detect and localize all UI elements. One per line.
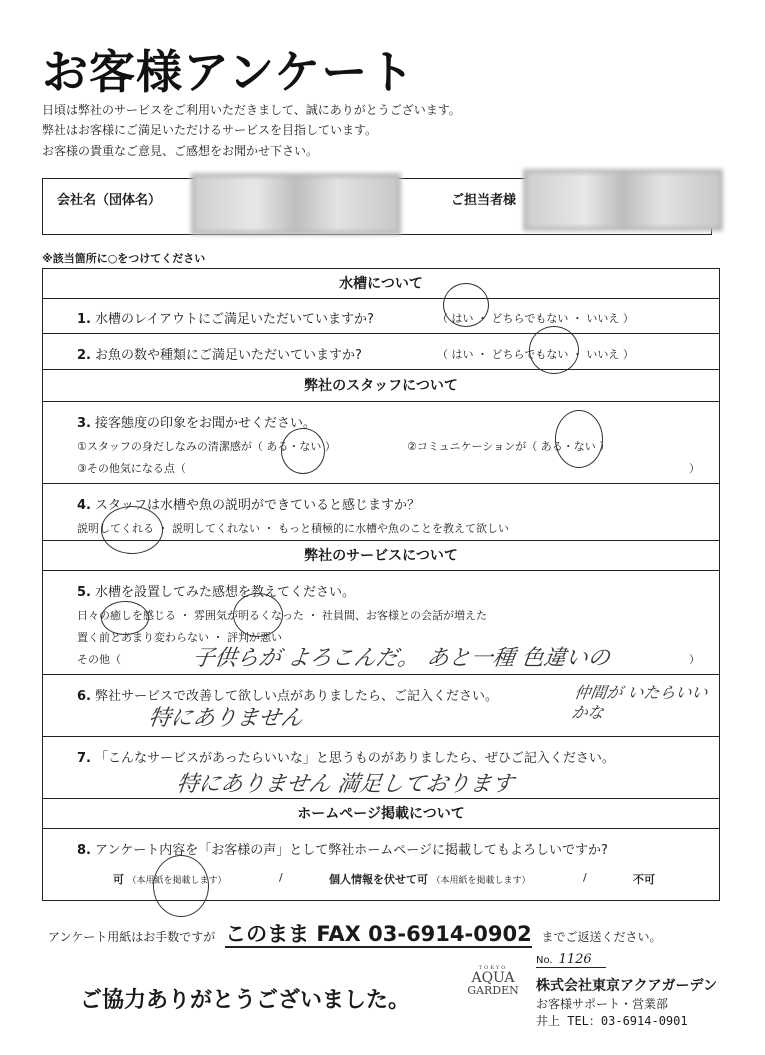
q3-sub-other[interactable]: ③その他気になる点（: [77, 460, 186, 476]
question-1: 1.水槽のレイアウトにご満足いただいていますか? （ はい ・ どちらでもない …: [43, 299, 719, 334]
company-contact: 井上 TEL：03-6914-0901: [536, 1012, 717, 1029]
company-name: 株式会社東京アクアガーデン: [536, 975, 717, 995]
q8-separator-2: /: [583, 871, 587, 884]
q8-selected-circle: [153, 855, 209, 917]
fax-prefix: アンケート用紙はお手数ですが: [48, 930, 215, 944]
q3-sub1-selected-circle: [281, 428, 325, 474]
company-name-field-redacted: [191, 173, 401, 235]
question-8: 8.アンケート内容を「お客様の声」として弊社ホームページに掲載してもよろしいです…: [43, 829, 719, 902]
question-5: 5.水槽を設置してみた感想を教えてください。 日々の癒しを感じる ・ 雰囲気が明…: [43, 571, 719, 675]
survey-form: 水槽について 1.水槽のレイアウトにご満足いただいていますか? （ はい ・ ど…: [42, 268, 720, 901]
company-department: お客様サポート・営業部: [536, 995, 717, 1012]
q8-separator-1: /: [279, 871, 283, 884]
q8-option-anonymous-note: （本用紙を掲載します）: [432, 876, 531, 886]
page-title: お客様アンケート: [42, 36, 415, 102]
section-header-homepage: ホームページ掲載について: [43, 799, 719, 829]
q7-number: 7.: [77, 751, 91, 766]
q8-option-deny[interactable]: 不可: [633, 871, 655, 887]
q2-number: 2.: [77, 348, 91, 363]
q3-sub-other-close: ）: [689, 460, 700, 476]
instruction-note: ※該当箇所に○をつけてください: [42, 250, 205, 266]
q5-handwritten-answer[interactable]: 子供らが よろこんだ。 あと一種 色違いの: [191, 641, 612, 672]
q4-number: 4.: [77, 498, 91, 513]
q7-handwritten-answer[interactable]: 特にありません 満足しております: [175, 767, 516, 798]
logo-garden: GARDEN: [462, 985, 524, 997]
section-header-service: 弊社のサービスについて: [43, 541, 719, 571]
q5-other-label: その他（: [77, 651, 121, 667]
q5-other-close: ）: [689, 651, 700, 667]
q3-sub2-selected-circle: [555, 410, 603, 468]
q7-text: 「こんなサービスがあったらいいな」と思うものがありましたら、ぜひご記入ください。: [95, 751, 615, 766]
logo-aqua: AQUA: [462, 971, 524, 985]
question-2: 2.お魚の数や種類にご満足いただいていますか? （ はい ・ どちらでもない ・…: [43, 334, 719, 370]
fax-suffix: までご返送ください。: [542, 930, 662, 944]
fax-number: このまま FAX 03-6914-0902: [225, 922, 532, 948]
q8-option-anonymous[interactable]: 個人情報を伏せて可 （本用紙を掲載します）: [329, 871, 531, 887]
question-6: 6.弊社サービスで改善して欲しい点がありましたら、ご記入ください。 特にありませ…: [43, 675, 719, 737]
contact-name-field-redacted: [523, 169, 723, 231]
q5-selected-circle-2: [233, 593, 283, 637]
thank-you-message: ご協力ありがとうございました。: [80, 983, 410, 1014]
q1-selected-circle: [443, 283, 489, 327]
customer-info-box: 会社名（団体名） ご担当者様: [42, 178, 712, 235]
intro-line-1: 日頃は弊社のサービスをご利用いただきまして、誠にありがとうございます。: [42, 101, 461, 118]
question-3: 3.接客態度の印象をお聞かせください。 ①スタッフの身だしなみの清潔感が（ ある…: [43, 402, 719, 484]
company-info: 株式会社東京アクアガーデン お客様サポート・営業部 井上 TEL：03-6914…: [536, 975, 717, 1029]
q5-number: 5.: [77, 585, 91, 600]
section-header-tank: 水槽について: [43, 269, 719, 299]
question-4: 4.スタッフは水槽や魚の説明ができていると感じますか？ 説明してくれる ・ 説明…: [43, 484, 719, 541]
intro-line-3: お客様の貴重なご意見、ご感想をお聞かせ下さい。: [42, 142, 318, 159]
q2-selected-circle: [529, 326, 579, 374]
document-number: No.1126: [536, 952, 606, 968]
q8-option-allow-label: 可: [113, 873, 124, 886]
section-header-staff: 弊社のスタッフについて: [43, 370, 719, 402]
doc-no-label: No.: [536, 955, 553, 966]
aqua-garden-logo: TOKYO AQUA GARDEN: [462, 965, 524, 997]
contact-label: ご担当者様: [451, 189, 516, 208]
q6-handwritten-answer[interactable]: 特にありません: [147, 701, 305, 732]
q5-selected-circle-1: [101, 601, 149, 635]
doc-no-value: 1126: [559, 952, 592, 967]
company-label: 会社名（団体名）: [57, 189, 161, 208]
q6-handwritten-side-note[interactable]: 仲間が いたらいいかな: [570, 683, 716, 723]
q1-text: 水槽のレイアウトにご満足いただいていますか?: [95, 312, 374, 327]
question-7: 7.「こんなサービスがあったらいいな」と思うものがありましたら、ぜひご記入くださ…: [43, 737, 719, 799]
intro-line-2: 弊社はお客様にご満足いただけるサービスを目指しています。: [42, 121, 377, 138]
q2-text: お魚の数や種類にご満足いただいていますか?: [95, 348, 362, 363]
q1-number: 1.: [77, 312, 91, 327]
q8-option-anonymous-label: 個人情報を伏せて可: [329, 873, 428, 886]
q8-number: 8.: [77, 843, 91, 858]
q3-text: 接客態度の印象をお聞かせください。: [95, 416, 316, 431]
fax-instruction: アンケート用紙はお手数ですが このまま FAX 03-6914-0902 までご…: [48, 918, 662, 948]
q5-text: 水槽を設置してみた感想を教えてください。: [95, 585, 355, 600]
q6-number: 6.: [77, 689, 91, 704]
q3-number: 3.: [77, 416, 91, 431]
